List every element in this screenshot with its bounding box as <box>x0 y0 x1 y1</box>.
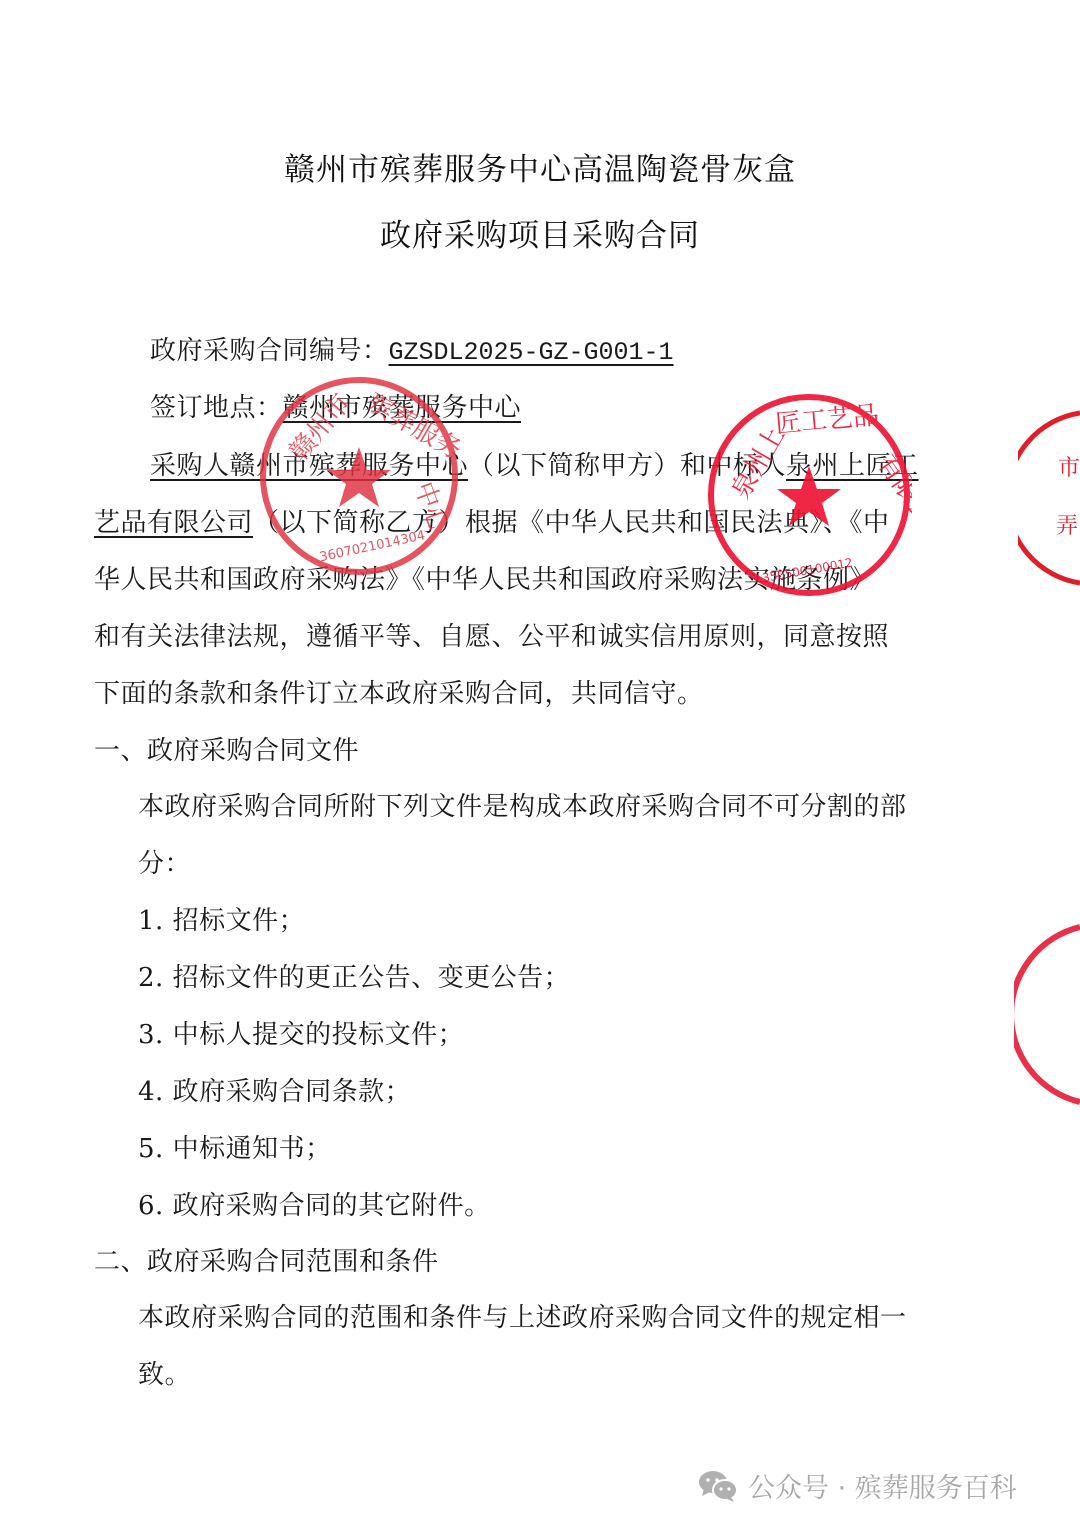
section1-heading: 一、政府采购合同文件 <box>94 730 359 767</box>
section2-heading: 二、政府采购合同范围和条件 <box>94 1241 439 1278</box>
svg-text:市: 市 <box>1058 456 1080 481</box>
document-title-line1: 赣州市殡葬服务中心高温陶瓷骨灰盒 <box>0 144 1080 189</box>
intro-line-5: 下面的条款和条件订立本政府采购合同，共同信守。 <box>94 673 704 710</box>
party-b-end: 艺品有限公司 <box>94 508 253 538</box>
list-item: 1. 招标文件； <box>138 900 305 937</box>
contract-number-label: 政府采购合同编号： <box>150 336 389 366</box>
list-item: 6. 政府采购合同的其它附件。 <box>138 1185 491 1222</box>
list-item: 4. 政府采购合同条款； <box>138 1071 411 1108</box>
contract-number-row: 政府采购合同编号：GZSDL2025-GZ-G001-1 <box>150 330 674 367</box>
section1-paragraph-line1: 本政府采购合同所附下列文件是构成本政府采购合同不可分割的部 <box>138 786 907 823</box>
edge-seal-bottom-stamp-icon: 0526100479 <box>1014 922 1080 1107</box>
intro-line-2: 艺品有限公司（以下简称乙方）根据《中华人民共和国民法典》、《中 <box>94 502 890 539</box>
sign-place-row: 签订地点：赣州市殡葬服务中心 <box>150 387 521 424</box>
document-title-line2: 政府采购项目采购合同 <box>0 210 1080 255</box>
intro-line-3: 华人民共和国政府采购法》《中华人民共和国政府采购法实施条例》 <box>94 559 876 596</box>
contract-number-value: GZSDL2025-GZ-G001-1 <box>389 338 674 367</box>
footer-watermark: 公众号 · 殡葬服务百科 <box>698 1466 1017 1505</box>
contract-page: 赣州市殡葬服务中心高温陶瓷骨灰盒 政府采购项目采购合同 政府采购合同编号：GZS… <box>0 0 1080 1528</box>
intro-line-1: 采购人赣州市殡葬服务中心（以下简称甲方）和中标人泉州上匠工 <box>150 445 919 482</box>
footer-watermark-text: 公众号 · 殡葬服务百科 <box>748 1466 1017 1505</box>
list-item: 2. 招标文件的更正公告、变更公告； <box>138 957 570 994</box>
sign-place-label: 签订地点： <box>150 393 283 423</box>
svg-text:弄: 弄 <box>1056 514 1078 539</box>
wechat-icon <box>698 1469 738 1503</box>
party-b-start: 泉州上匠工 <box>786 451 919 481</box>
list-item: 3. 中标人提交的投标文件； <box>138 1014 464 1051</box>
intro-text: （以下简称乙方）根据《中华人民共和国民法典》、《中 <box>253 508 890 538</box>
sign-place-value: 赣州市殡葬服务中心 <box>283 393 522 423</box>
intro-line-4: 和有关法律法规，遵循平等、自愿、公平和诚实信用原则，同意按照 <box>94 616 889 653</box>
intro-text: （以下简称甲方）和中标人 <box>468 451 786 481</box>
section1-paragraph-line2: 分： <box>138 843 191 880</box>
svg-text:匠工艺品: 匠工艺品 <box>774 401 880 440</box>
party-a: 采购人赣州市殡葬服务中心 <box>150 451 468 481</box>
section2-paragraph-line1: 本政府采购合同的范围和条件与上述政府采购合同文件的规定相一 <box>138 1297 907 1334</box>
list-item: 5. 中标通知书； <box>138 1128 332 1165</box>
edge-seal-top-stamp-icon: 市 弄 <box>1018 405 1080 590</box>
section2-paragraph-line2: 致。 <box>138 1354 191 1391</box>
